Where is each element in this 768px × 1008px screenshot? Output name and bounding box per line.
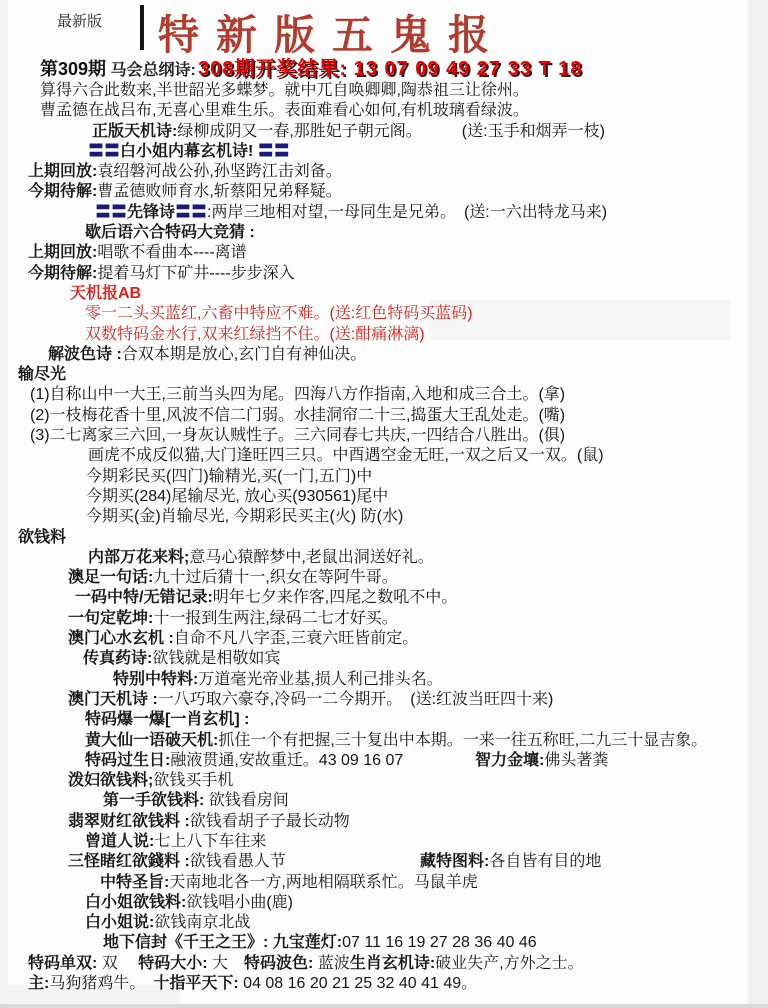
text-segment: (2)一枝梅花香十里,风波不信二门弱。水挂洞帘二十三,捣蛋大王乱处走。(嘴) — [30, 407, 565, 424]
text-segment: 曹孟德败师育水,斩蔡阳兄弟释疑。 — [97, 183, 341, 200]
text-line: 解波色诗 :合双本期是放心,玄门自有神仙决。 — [0, 345, 760, 365]
text-segment: 白小姐欲钱料: — [85, 894, 186, 911]
text-segment: 欲钱看胡子子最长动物 — [190, 813, 350, 830]
text-segment: 三怪睹红欲錢料 : — [68, 853, 190, 870]
text-segment: 九十过后猜十一,织女在等阿牛哥。 — [153, 569, 397, 586]
text-line: 中特圣旨:天南地北各一方,两地相隔联系忙。马鼠羊虎 — [0, 873, 760, 893]
text-segment: 07 11 16 19 27 28 36 40 46 — [342, 934, 537, 951]
text-line: 地下信封《千王之王》: 九宝莲灯:07 11 16 19 27 28 36 40… — [0, 933, 760, 953]
text-segment: 马狗猪鸡牛。 — [49, 975, 137, 992]
text-segment: 上期回放: — [28, 163, 97, 180]
text-segment: 白小姐内幕玄机诗! — [120, 143, 258, 160]
text-line-second-column: 智力金壤:佛头著粪 — [475, 751, 608, 771]
title-divider-bar — [140, 5, 144, 50]
text-segment: 双 — [102, 955, 138, 972]
text-line: 双数特码金水行,双来红绿挡不住。(送:酣痛淋漓) — [0, 325, 760, 345]
text-segment: 自命不凡八字歪,三衰六旺皆前定。 — [174, 630, 418, 647]
text-line: 〓〓先锋诗〓〓:两岸三地相对望,一母同生是兄弟。 (送:一六出特龙马来) — [0, 203, 760, 223]
text-segment: 解波色诗 : — [48, 346, 122, 363]
text-segment: 澳门心水玄机 : — [68, 630, 174, 647]
intro-label: 马会总纲诗: — [106, 62, 196, 79]
text-line: 今期待解:曹孟德败师育水,斩蔡阳兄弟释疑。 — [0, 182, 760, 202]
text-segment: :两岸三地相对望,一母同生是兄弟。 — [207, 204, 448, 221]
text-line: 上期回放:唱歌不看曲本----离谱 — [0, 243, 760, 263]
text-segment: 歇后语六合特码大竞猜 : — [85, 224, 255, 241]
text-line-second-column: 藏特图料:各自皆有目的地 — [420, 852, 601, 872]
text-segment: 生肖玄机诗: — [350, 955, 435, 972]
text-line: 白小姐欲钱料:欲钱唱小曲(鹿) — [0, 893, 760, 913]
text-line: 今期买(金)肖输尽光, 今期彩民买主(火) 防(水) — [0, 507, 760, 527]
text-segment: 今期买(金)肖输尽光, 今期彩民买主(火) 防(水) — [86, 508, 403, 525]
text-segment: 特码波色: — [244, 955, 318, 972]
text-segment: 第一手欲钱料: — [103, 792, 204, 809]
text-segment: 中特圣旨: — [100, 874, 169, 891]
issue-row: 第309期 马会总纲诗: — [40, 55, 196, 81]
text-segment: 一句定乾坤: — [68, 610, 153, 627]
text-segment: 地下信封《千王之王》: 九宝莲灯: — [103, 934, 342, 951]
text-segment: 破业失产,方外之士。 — [435, 955, 583, 972]
text-segment: 欲钱唱小曲(鹿) — [186, 894, 293, 911]
draw-result-overlay: 308期开奖结果: 13 07 09 49 27 33 T 18 — [198, 52, 582, 81]
text-line: 输尽光 — [0, 365, 760, 385]
text-segment: 提着马灯下矿井----步步深入 — [97, 265, 294, 282]
text-line: 澳足一句话:九十过后猜十一,织女在等阿牛哥。 — [0, 568, 760, 588]
text-line: (1)自称山中一大王,三前当头四为尾。四海八方作指南,入地和成三合土。(拿) — [0, 385, 760, 405]
text-segment: 明年七夕来作客,四尾之数吼不中。 — [213, 589, 457, 606]
text-segment: 正版天机诗: — [92, 123, 177, 140]
text-segment: 白小姐说: — [85, 914, 154, 931]
text-segment: 天南地北各一方,两地相隔联系忙。马鼠羊虎 — [169, 874, 477, 891]
text-line: 正版天机诗:绿柳成阴又一春,那胜妃子朝元阁。 (送:玉手和烟弄一枝) — [0, 122, 760, 142]
text-segment: 双数特码金水行,双来红绿挡不住。(送:酣痛淋漓) — [85, 326, 425, 343]
text-segment: 一码中特/无错记录: — [75, 589, 213, 606]
text-segment: 特别中特料: — [113, 671, 198, 688]
text-segment: 今期待解: — [28, 265, 97, 282]
text-segment: 智力金壤: — [475, 752, 544, 769]
text-segment: 曹孟德在战吕布,无喜心里难生乐。表面难看心如何,有机玻璃看绿波。 — [40, 102, 529, 119]
text-segment: 黄大仙一语破天机: — [85, 732, 218, 749]
text-segment: 欲钱南京北战 — [154, 914, 250, 931]
text-segment: 唱歌不看曲本----离谱 — [97, 244, 246, 261]
text-line: 第一手欲钱料: 欲钱看房间 — [0, 791, 760, 811]
text-segment: (送:玉手和烟弄一枝) — [414, 123, 605, 140]
text-segment: 袁绍磐河战公孙,孙坚跨江击刘备。 — [97, 163, 341, 180]
text-segment: 先锋诗 — [127, 204, 175, 221]
text-line: 今期买(284)尾输尽光, 放心买(930561)尾中 — [0, 487, 760, 507]
text-segment — [137, 975, 153, 992]
text-segment: 特码单双: — [28, 955, 102, 972]
text-segment: 天机报AB — [70, 285, 141, 302]
text-segment: 〓〓 — [88, 143, 120, 160]
text-line: 泼妇欲钱料;欲钱买手机 — [0, 771, 760, 791]
text-segment: 欲钱就是相敬如宾 — [152, 650, 280, 667]
text-segment: 融液贯通,安故重迁。43 09 16 07 — [170, 752, 403, 769]
text-line: 澳门心水玄机 :自命不凡八字歪,三衰六旺皆前定。 — [0, 629, 760, 649]
text-line: 〓〓白小姐内幕玄机诗! 〓〓 — [0, 142, 760, 162]
text-line: 一句定乾坤:十一报到生两注,绿码二七才好买。 — [0, 609, 760, 629]
text-line: 今期待解:提着马灯下矿井----步步深入 — [0, 264, 760, 284]
text-segment: 合双本期是放心,玄门自有神仙决。 — [122, 346, 366, 363]
text-line: 内部万花来料;意马心猿醉梦中,老鼠出洞送好礼。 — [0, 548, 760, 568]
text-segment: 抓住一个有把握,三十复出中本期。一来一往五称旺,二九三十显吉象。 — [218, 732, 707, 749]
text-line: 画虎不成反似猫,大门逢旺四三只。中酉遇空金无旺,一双之后又一双。(鼠) — [0, 446, 760, 466]
text-segment: 零一二头买蓝红,六畜中特应不难。(送:红色特码买蓝码) — [85, 305, 473, 322]
text-line: 特码过生日:融液贯通,安故重迁。43 09 16 07智力金壤:佛头著粪 — [0, 751, 760, 771]
text-segment: 蓝波 — [318, 955, 350, 972]
text-line: 三怪睹红欲錢料 :欲钱看愚人节藏特图料:各自皆有目的地 — [0, 852, 760, 872]
text-segment: 七上八下车往来 — [154, 833, 266, 850]
text-segment: 泼妇欲钱料; — [68, 772, 153, 789]
text-segment: (3)二七离家三六回,一身灰认贼性子。三六同春七共庆,一四结合八胜出。(俱) — [30, 427, 565, 444]
text-segment: (送:一六出特龙马来) — [448, 204, 607, 221]
text-segment: 主: — [28, 975, 49, 992]
edition-label: 最新版 — [52, 8, 107, 33]
text-segment: 〓〓 — [258, 143, 290, 160]
text-segment: 算得六合此数来,半世韶光多蝶梦。就中兀自唤卿卿,陶恭祖三让徐州。 — [40, 82, 529, 99]
text-segment: 翡翠财红欲钱料 : — [68, 813, 190, 830]
text-segment: 今期待解: — [28, 183, 97, 200]
text-line: 翡翠财红欲钱料 :欲钱看胡子子最长动物 — [0, 812, 760, 832]
text-segment: 上期回放: — [28, 244, 97, 261]
five-ghost-report-page: 最新版 特新版五鬼报 第309期 马会总纲诗: 308期开奖结果: 13 07 … — [0, 0, 768, 1008]
text-line: 欲钱料 — [0, 528, 760, 548]
text-segment: 今期彩民买(四门)输精光,买(一门,五门)中 — [86, 468, 372, 485]
text-segment: 澳足一句话: — [68, 569, 153, 586]
text-segment: 十一报到生两注,绿码二七才好买。 — [153, 610, 397, 627]
text-segment: 欲钱看房间 — [204, 792, 288, 809]
text-segment: 特码大小: — [138, 955, 212, 972]
text-segment: 特码爆一爆[一肖玄机] : — [85, 711, 249, 728]
text-line: 曾道人说:七上八下车往来 — [0, 832, 760, 852]
text-line: 算得六合此数来,半世韶光多蝶梦。就中兀自唤卿卿,陶恭祖三让徐州。 — [0, 81, 760, 101]
text-line: 特码单双: 双 特码大小: 大 特码波色: 蓝波生肖玄机诗:破业失产,方外之士。 — [0, 954, 760, 974]
text-segment: 欲钱看愚人节 — [190, 853, 286, 870]
text-segment: 澳门天机诗 : — [68, 691, 158, 708]
text-segment: 各自皆有目的地 — [489, 853, 601, 870]
text-line: 今期彩民买(四门)输精光,买(一门,五门)中 — [0, 467, 760, 487]
text-segment: 内部万花来料; — [88, 549, 189, 566]
text-line: 歇后语六合特码大竞猜 : — [0, 223, 760, 243]
text-segment: 04 08 16 20 21 25 32 40 41 49。 — [239, 975, 477, 992]
text-segment: 佛头著粪 — [544, 752, 608, 769]
text-line: 上期回放:袁绍磐河战公孙,孙坚跨江击刘备。 — [0, 162, 760, 182]
text-segment: 大 — [212, 955, 244, 972]
text-segment: 画虎不成反似猫,大门逢旺四三只。中酉遇空金无旺,一双之后又一双。(鼠) — [88, 447, 604, 464]
text-segment: 意马心猿醉梦中,老鼠出洞送好礼。 — [189, 549, 433, 566]
text-line: 主:马狗猪鸡牛。 十指平天下: 04 08 16 20 21 25 32 40 … — [0, 974, 760, 994]
text-segment: (1)自称山中一大王,三前当头四为尾。四海八方作指南,入地和成三合土。(拿) — [30, 386, 565, 403]
text-line: 一码中特/无错记录:明年七夕来作客,四尾之数吼不中。 — [0, 588, 760, 608]
text-segment: 今期买(284)尾输尽光, 放心买(930561)尾中 — [86, 488, 388, 505]
text-segment: 十指平天下: — [153, 975, 238, 992]
bottom-edge — [0, 1004, 768, 1008]
text-line: (3)二七离家三六回,一身灰认贼性子。三六同春七共庆,一四结合八胜出。(俱) — [0, 426, 760, 446]
text-line: 曹孟德在战吕布,无喜心里难生乐。表面难看心如何,有机玻璃看绿波。 — [0, 101, 760, 121]
text-segment: 特码过生日: — [85, 752, 170, 769]
text-segment: 传真药诗: — [83, 650, 152, 667]
text-line: 黄大仙一语破天机:抓住一个有把握,三十复出中本期。一来一往五称旺,二九三十显吉象… — [0, 731, 760, 751]
text-line: 特别中特料:万道毫光帝业基,损人利己排头名。 — [0, 670, 760, 690]
text-segment: 〓〓 — [175, 204, 207, 221]
text-segment: 曾道人说: — [85, 833, 154, 850]
text-line: 澳门天机诗 :一八巧取六豪夺,冷码一二今期开。 (送:红波当旺四十来) — [0, 690, 760, 710]
text-segment: 欲钱买手机 — [153, 772, 233, 789]
text-segment: 绿柳成阴又一春,那胜妃子朝元阁。 — [177, 123, 413, 140]
text-segment: 藏特图料: — [420, 853, 489, 870]
text-segment: 输尽光 — [18, 366, 66, 383]
text-line: 白小姐说:欲钱南京北战 — [0, 913, 760, 933]
text-line: 零一二头买蓝红,六畜中特应不难。(送:红色特码买蓝码) — [0, 304, 760, 324]
text-line: (2)一枝梅花香十里,风波不信二门弱。水挂洞帘二十三,捣蛋大王乱处走。(嘴) — [0, 406, 760, 426]
text-line: 天机报AB — [0, 284, 760, 304]
text-line: 传真药诗:欲钱就是相敬如宾 — [0, 649, 760, 669]
text-segment: 一八巧取六豪夺,冷码一二今期开。 — [158, 691, 394, 708]
text-segment: (送:红波当旺四十来) — [394, 691, 553, 708]
body-lines: 算得六合此数来,半世韶光多蝶梦。就中兀自唤卿卿,陶恭祖三让徐州。曹孟德在战吕布,… — [0, 81, 760, 994]
issue-number: 第309期 — [40, 59, 106, 79]
text-segment: 欲钱料 — [18, 529, 66, 546]
text-segment: 万道毫光帝业基,损人利己排头名。 — [198, 671, 442, 688]
text-line: 特码爆一爆[一肖玄机] : — [0, 710, 760, 730]
text-segment: 〓〓 — [95, 204, 127, 221]
